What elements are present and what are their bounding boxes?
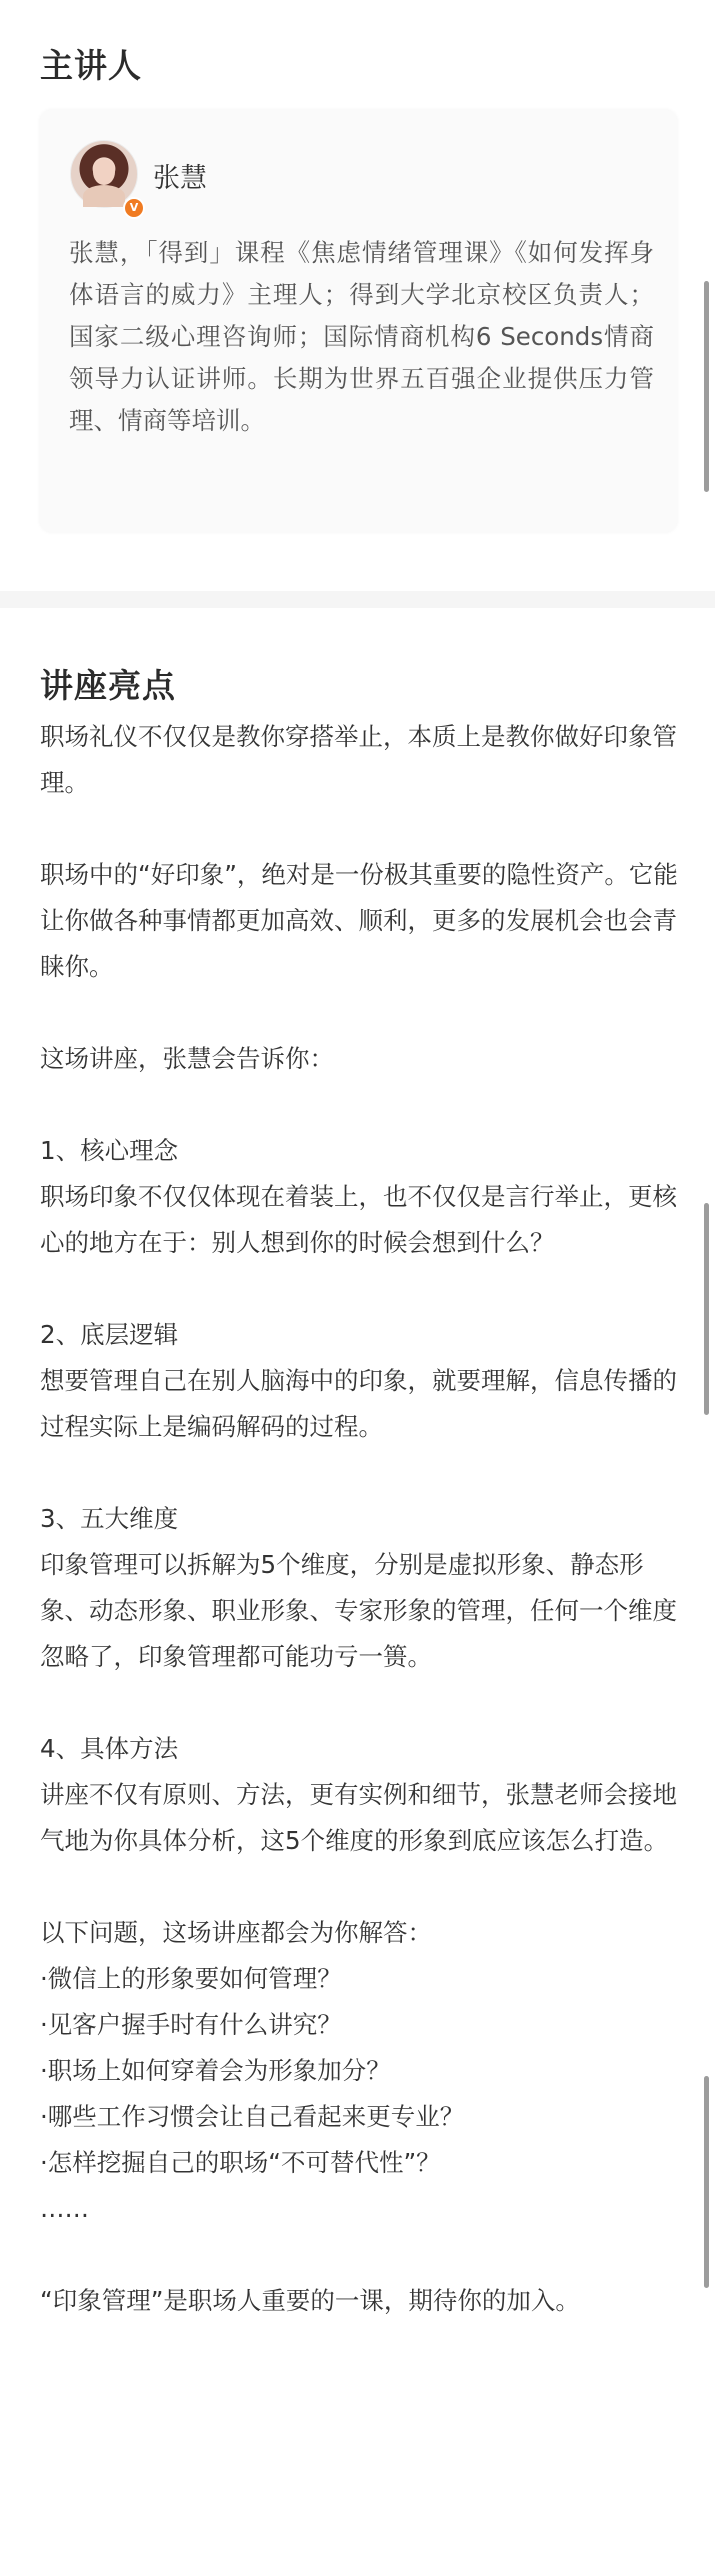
point-heading: 1、核心理念 [40,1128,680,1174]
questions-lead: 以下问题，这场讲座都会为你解答： [40,1910,680,1956]
intro-paragraph-1: 职场礼仪不仅仅是教你穿搭举止，本质上是教你做好印象管理。 [40,714,680,806]
avatar-body-shape [83,185,125,207]
speaker-card: V 张慧 张慧，「得到」课程《焦虑情绪管理课》《如何发挥身体语言的威力》主理人；… [40,110,677,532]
point-body: 讲座不仅有原则、方法，更有实例和细节，张慧老师会接地气地为你具体分析，这5个维度… [40,1772,680,1864]
question-item: ·见客户握手时有什么讲究？ [40,2002,680,2048]
speaker-name[interactable]: 张慧 [153,156,207,195]
speaker-bio: 张慧，「得到」课程《焦虑情绪管理课》《如何发挥身体语言的威力》主理人；得到大学北… [69,232,654,442]
point-body: 想要管理自己在别人脑海中的印象，就要理解，信息传播的过程实际上是编码解码的过程。 [40,1358,680,1450]
point-heading: 2、底层逻辑 [40,1312,680,1358]
question-item: ·怎样挖掘自己的职场“不可替代性”？ [40,2140,680,2186]
scrollbar-thumb[interactable] [704,1203,709,1415]
speaker-section-title: 主讲人 [40,40,142,87]
lead-in-text: 这场讲座，张慧会告诉你： [40,1036,680,1082]
question-item: ·职场上如何穿着会为形象加分？ [40,2048,680,2094]
section-divider [0,591,715,608]
speaker-avatar[interactable]: V [70,140,138,208]
scrollbar-thumb[interactable] [704,2076,709,2288]
verified-badge-icon: V [123,197,145,219]
point-heading: 3、五大维度 [40,1496,680,1542]
question-item: ·微信上的形象要如何管理？ [40,1956,680,2002]
highlights-section-title: 讲座亮点 [40,660,176,707]
scrollbar-thumb[interactable] [704,281,709,492]
highlights-content: 职场礼仪不仅仅是教你穿搭举止，本质上是教你做好印象管理。 职场中的“好印象”，绝… [40,714,680,2324]
point-body: 职场印象不仅仅体现在着装上，也不仅仅是言行举止，更核心的地方在于：别人想到你的时… [40,1174,680,1266]
avatar-face-shape [93,159,115,185]
point-heading: 4、具体方法 [40,1726,680,1772]
closing-text: “印象管理”是职场人重要的一课，期待你的加入。 [40,2278,680,2324]
ellipsis-text: …… [40,2186,680,2232]
intro-paragraph-2: 职场中的“好印象”，绝对是一份极其重要的隐性资产。它能让你做各种事情都更加高效、… [40,852,680,990]
question-item: ·哪些工作习惯会让自己看起来更专业？ [40,2094,680,2140]
point-body: 印象管理可以拆解为5个维度，分别是虚拟形象、静态形象、动态形象、职业形象、专家形… [40,1542,680,1680]
